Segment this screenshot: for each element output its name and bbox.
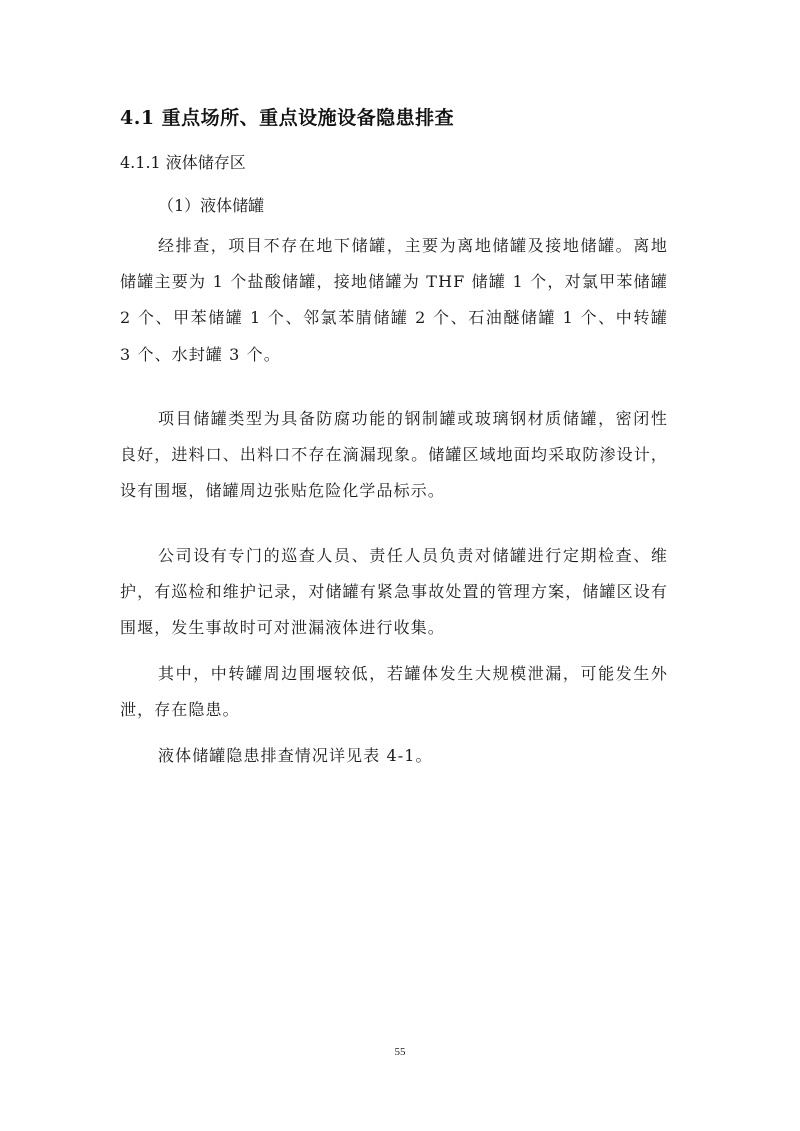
paragraph-hazard: 其中，中转罐周边围堰较低，若罐体发生大规模泄漏，可能发生外泄，存在隐患。 [120, 656, 668, 728]
paragraph-tank-overview: 经排查，项目不存在地下储罐，主要为离地储罐及接地储罐。离地储罐主要为 1 个盐酸… [120, 228, 668, 373]
document-page: 4.1 重点场所、重点设施设备隐患排查 4.1.1 液体储存区 （1）液体储罐 … [0, 0, 800, 1131]
page-number: 55 [0, 1046, 800, 1058]
subsection-heading: 4.1.1 液体储存区 [120, 150, 246, 173]
item-heading: （1）液体储罐 [158, 193, 264, 216]
section-heading: 4.1 重点场所、重点设施设备隐患排查 [120, 103, 454, 130]
paragraph-table-reference: 液体储罐隐患排查情况详见表 4-1。 [120, 738, 668, 774]
paragraph-inspection: 公司设有专门的巡查人员、责任人员负责对储罐进行定期检查、维护，有巡检和维护记录，… [120, 538, 668, 647]
paragraph-tank-types: 项目储罐类型为具备防腐功能的钢制罐或玻璃钢材质储罐，密闭性良好，进料口、出料口不… [120, 401, 668, 510]
